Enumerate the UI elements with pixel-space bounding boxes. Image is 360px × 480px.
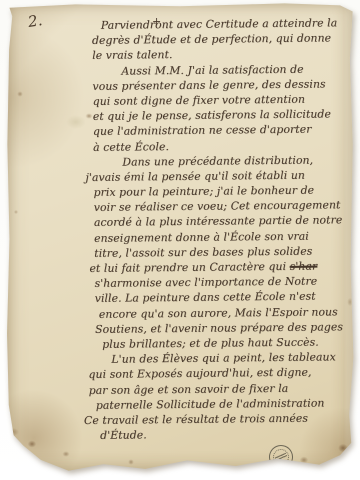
paper-shadow-wrap: 2. + Parviendront avec Certitude a attei… [0,0,360,480]
paper-sheet: 2. + Parviendront avec Certitude a attei… [6,2,354,476]
manuscript-line: degrès d'Étude et de perfection, qui don… [92,30,348,48]
manuscript-line-text: qui sont Exposés aujourd'hui, est digne, [88,366,311,381]
manuscript-line: acordé à la plus intéressante partie de … [94,213,350,231]
manuscript-line-text: s'harmonise avec l'importance de Notre [94,275,317,290]
manuscript-line: vous présenter dans le genre, des dessin… [92,76,348,94]
manuscript-lines: Parviendront avec Certitude a atteindre … [4,15,352,444]
manuscript-line-text: à cette École. [93,140,169,154]
struck-out-word: s'har [290,260,318,273]
manuscript-line-text: Soutiens, et l'avenir nous prépare des p… [95,320,343,336]
manuscript-line-text: Parviendront avec Certitude a atteindre … [101,16,337,31]
manuscript-line-text: que l'administration ne cesse d'aporter [93,123,312,138]
manuscript-line-text: le vrais talent. [92,48,172,62]
manuscript-line-text: et lui fait prendre un Caractère qui [89,260,289,275]
manuscript-line-text: plus brillantes; et de plus haut Succès. [102,335,319,350]
manuscript-line-text: Ce travail est le résultat de trois anné… [84,412,308,427]
manuscript-line-text: acordé à la plus intéressante partie de … [94,214,343,230]
manuscript-line: paternelle Sollicitude de l'administrati… [96,395,352,413]
scanned-manuscript-page: 2. + Parviendront avec Certitude a attei… [0,0,360,480]
manuscript-line-text: qui sont digne de fixer votre attention [93,93,305,108]
manuscript-line-text: encore qu'a son aurore, Mais l'Espoir no… [99,305,338,321]
manuscript-line-text: enseignement donne à l'École son vrai [94,229,309,244]
manuscript-line-text: ville. La peinture dans cette École n'es… [95,290,316,305]
manuscript-line-text: degrès d'Étude et de perfection, qui don… [92,32,331,48]
manuscript-line-text: voir se réaliser ce voeu; Cet encouragem… [94,199,341,215]
manuscript-line-text: et qui je le pense, satisferons la solli… [93,108,331,123]
manuscript-line-text: paternelle Sollicitude de l'administrati… [96,396,325,411]
manuscript-line-text: titre, l'assoit sur des bases plus solid… [94,244,312,259]
manuscript-line-text: par son âge et son savoir de fixer la [89,381,289,396]
manuscript-line: que l'administration ne cesse d'aporter [93,122,349,140]
manuscript-line: d'Étude. [100,425,352,443]
manuscript-line-text: L'un des Élèves qui a peint, les tableau… [111,350,336,365]
manuscript-line-text: Dans une précédante distribution, [122,153,313,168]
manuscript-line-text: vous présenter dans le genre, des dessin… [92,77,325,92]
manuscript-line-text: prix pour la peinture; j'ai le bonheur d… [94,184,315,199]
manuscript-line-text: j'avais émi la pensée qu'il soit établi … [85,169,305,184]
circular-ink-stamp-icon [265,441,297,473]
manuscript-line-text: Aussi M.M. J'ai la satisfaction de [121,62,303,77]
manuscript-line: L'un des Élèves qui a peint, les tableau… [111,349,351,367]
manuscript-line-text: d'Étude. [100,428,147,441]
